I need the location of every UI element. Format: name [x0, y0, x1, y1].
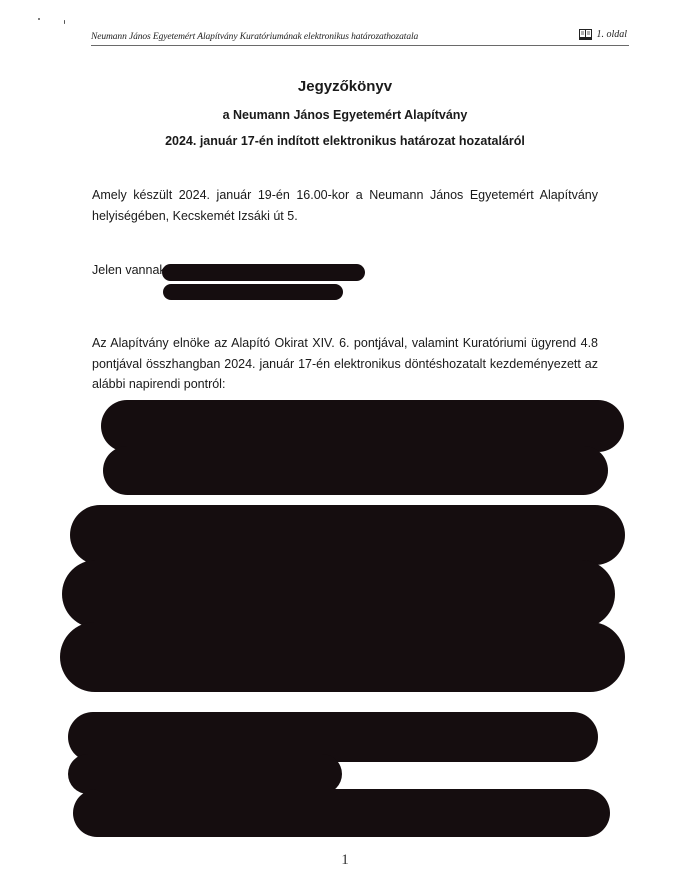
- redaction-bar: [70, 505, 625, 565]
- header-title: Neumann János Egyetemért Alapítvány Kura…: [91, 32, 418, 42]
- redaction-bar: [103, 446, 608, 495]
- redaction-bar: [62, 560, 615, 628]
- redaction-bar: [163, 284, 343, 300]
- scan-speck: [38, 18, 40, 20]
- scan-speck: [64, 20, 65, 24]
- book-icon: [579, 29, 592, 40]
- redaction-bar: [60, 622, 625, 692]
- running-header: Neumann János Egyetemért Alapítvány Kura…: [91, 30, 629, 46]
- page-number: 1: [0, 852, 690, 869]
- document-subtitle-date: 2024. január 17-én indított elektronikus…: [0, 134, 690, 148]
- header-page-indicator: 1. oldal: [579, 29, 627, 40]
- agenda-intro-paragraph: Az Alapítvány elnöke az Alapító Okirat X…: [92, 333, 598, 395]
- attendees-label: Jelen vannak: [92, 263, 166, 277]
- meeting-details-paragraph: Amely készült 2024. január 19-én 16.00-k…: [92, 185, 598, 226]
- redaction-bar: [73, 789, 610, 837]
- redaction-bar: [101, 400, 624, 452]
- document-subtitle-organization: a Neumann János Egyetemért Alapítvány: [0, 108, 690, 122]
- redaction-bar: [162, 264, 365, 281]
- header-page-label: 1. oldal: [596, 29, 627, 40]
- redaction-bar: [68, 754, 342, 794]
- document-title: Jegyzőkönyv: [0, 78, 690, 95]
